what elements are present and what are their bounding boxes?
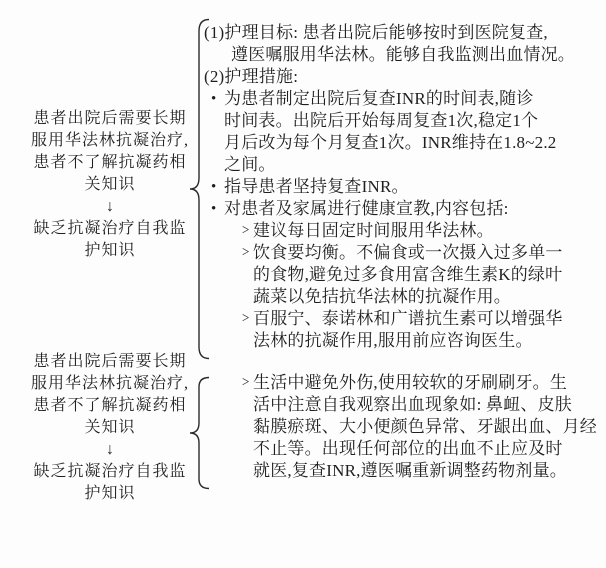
diagnosis-problem-line: 患者不了解抗凝药相 — [25, 152, 195, 174]
plan-line-text: 饮食要均衡。不偏食或一次摄入过多单一 — [253, 243, 563, 262]
diagnosis-problem-line: 患者不了解抗凝药相 — [25, 395, 195, 417]
plan-line: > 饮食要均衡。不偏食或一次摄入过多单一 — [204, 242, 602, 264]
care-plan-block-top: (1)护理目标: 患者出院后能够按时到医院复查, 遵医嘱服用华法林。能够自我监测… — [204, 22, 602, 352]
plan-line: 的食物,避免过多食用富含维生素K的绿叶 — [204, 264, 602, 286]
plan-line: 黏膜瘀斑、大小便颜色异常、牙龈出血、月经 — [204, 416, 602, 438]
diagnosis-block-top: 患者出院后需要长期 服用华法林抗凝治疗, 患者不了解抗凝药相 关知识 ↓ 缺乏抗… — [25, 108, 195, 262]
plan-line: • 指导患者坚持复查INR。 — [204, 176, 602, 198]
diagnosis-problem-line: 关知识 — [25, 417, 195, 439]
care-plan-block-bottom: > 生活中避免外伤,使用较软的牙刷刷牙。生 活中注意自我观察出血现象如: 鼻衄、… — [204, 372, 602, 482]
diagnosis-problem-line: 关知识 — [25, 174, 195, 196]
plan-line: (1)护理目标: 患者出院后能够按时到医院复查, — [204, 22, 602, 44]
chevron-icon: > — [242, 239, 250, 264]
plan-line: > 生活中避免外伤,使用较软的牙刷刷牙。生 — [204, 372, 602, 394]
diagnosis-result-line: 护知识 — [25, 240, 195, 262]
diagnosis-problem-line: 服用华法林抗凝治疗, — [25, 130, 195, 152]
bullet-icon: • — [211, 176, 216, 198]
plan-line: 月后改为每个月复查1次。INR维持在1.8~2.2 — [204, 132, 602, 154]
diagnosis-result-line: 缺乏抗凝治疗自我监 — [25, 461, 195, 483]
plan-line-text: 为患者制定出院后复查INR的时间表,随诊 — [224, 89, 534, 108]
diagnosis-result-line: 护知识 — [25, 483, 195, 505]
down-arrow-icon: ↓ — [25, 196, 195, 218]
diagnosis-problem-line: 患者出院后需要长期 — [25, 108, 195, 130]
plan-line: 遵医嘱服用华法林。能够自我监测出血情况。 — [204, 44, 602, 66]
chevron-icon: > — [242, 369, 250, 394]
plan-line: 就医,复查INR,遵医嘱重新调整药物剂量。 — [204, 460, 602, 482]
plan-line-text: 指导患者坚持复查INR。 — [224, 177, 409, 196]
diagnosis-result-line: 缺乏抗凝治疗自我监 — [25, 218, 195, 240]
plan-line-text: 建议每日固定时间服用华法林。 — [253, 221, 494, 240]
plan-line: 之间。 — [204, 154, 602, 176]
down-arrow-icon: ↓ — [25, 439, 195, 461]
nursing-plan-figure: 患者出院后需要长期 服用华法林抗凝治疗, 患者不了解抗凝药相 关知识 ↓ 缺乏抗… — [0, 0, 606, 568]
diagnosis-block-bottom: 患者出院后需要长期 服用华法林抗凝治疗, 患者不了解抗凝药相 关知识 ↓ 缺乏抗… — [25, 351, 195, 505]
plan-line: > 建议每日固定时间服用华法林。 — [204, 220, 602, 242]
plan-line: • 对患者及家属进行健康宣教,内容包括: — [204, 198, 602, 220]
plan-line: 不止等。出现任何部位的出血不止应及时 — [204, 438, 602, 460]
plan-line: 蔬菜以免拮抗华法林的抗凝作用。 — [204, 286, 602, 308]
plan-line: 法林的抗凝作用,服用前应咨询医生。 — [204, 330, 602, 352]
plan-line-text: 百服宁、泰诺林和广谱抗生素可以增强华 — [253, 309, 563, 328]
diagnosis-problem-line: 服用华法林抗凝治疗, — [25, 373, 195, 395]
bullet-icon: • — [211, 88, 216, 110]
plan-line-text: 生活中避免外伤,使用较软的牙刷刷牙。生 — [253, 373, 567, 392]
plan-line-text: 对患者及家属进行健康宣教,内容包括: — [224, 199, 509, 218]
plan-line: 活中注意自我观察出血现象如: 鼻衄、皮肤 — [204, 394, 602, 416]
plan-line: 时间表。出院后开始每周复查1次,稳定1个 — [204, 110, 602, 132]
diagnosis-problem-line: 患者出院后需要长期 — [25, 351, 195, 373]
plan-line: • 为患者制定出院后复查INR的时间表,随诊 — [204, 88, 602, 110]
plan-line: > 百服宁、泰诺林和广谱抗生素可以增强华 — [204, 308, 602, 330]
plan-line: (2)护理措施: — [204, 66, 602, 88]
bullet-icon: • — [211, 198, 216, 220]
chevron-icon: > — [242, 305, 250, 330]
